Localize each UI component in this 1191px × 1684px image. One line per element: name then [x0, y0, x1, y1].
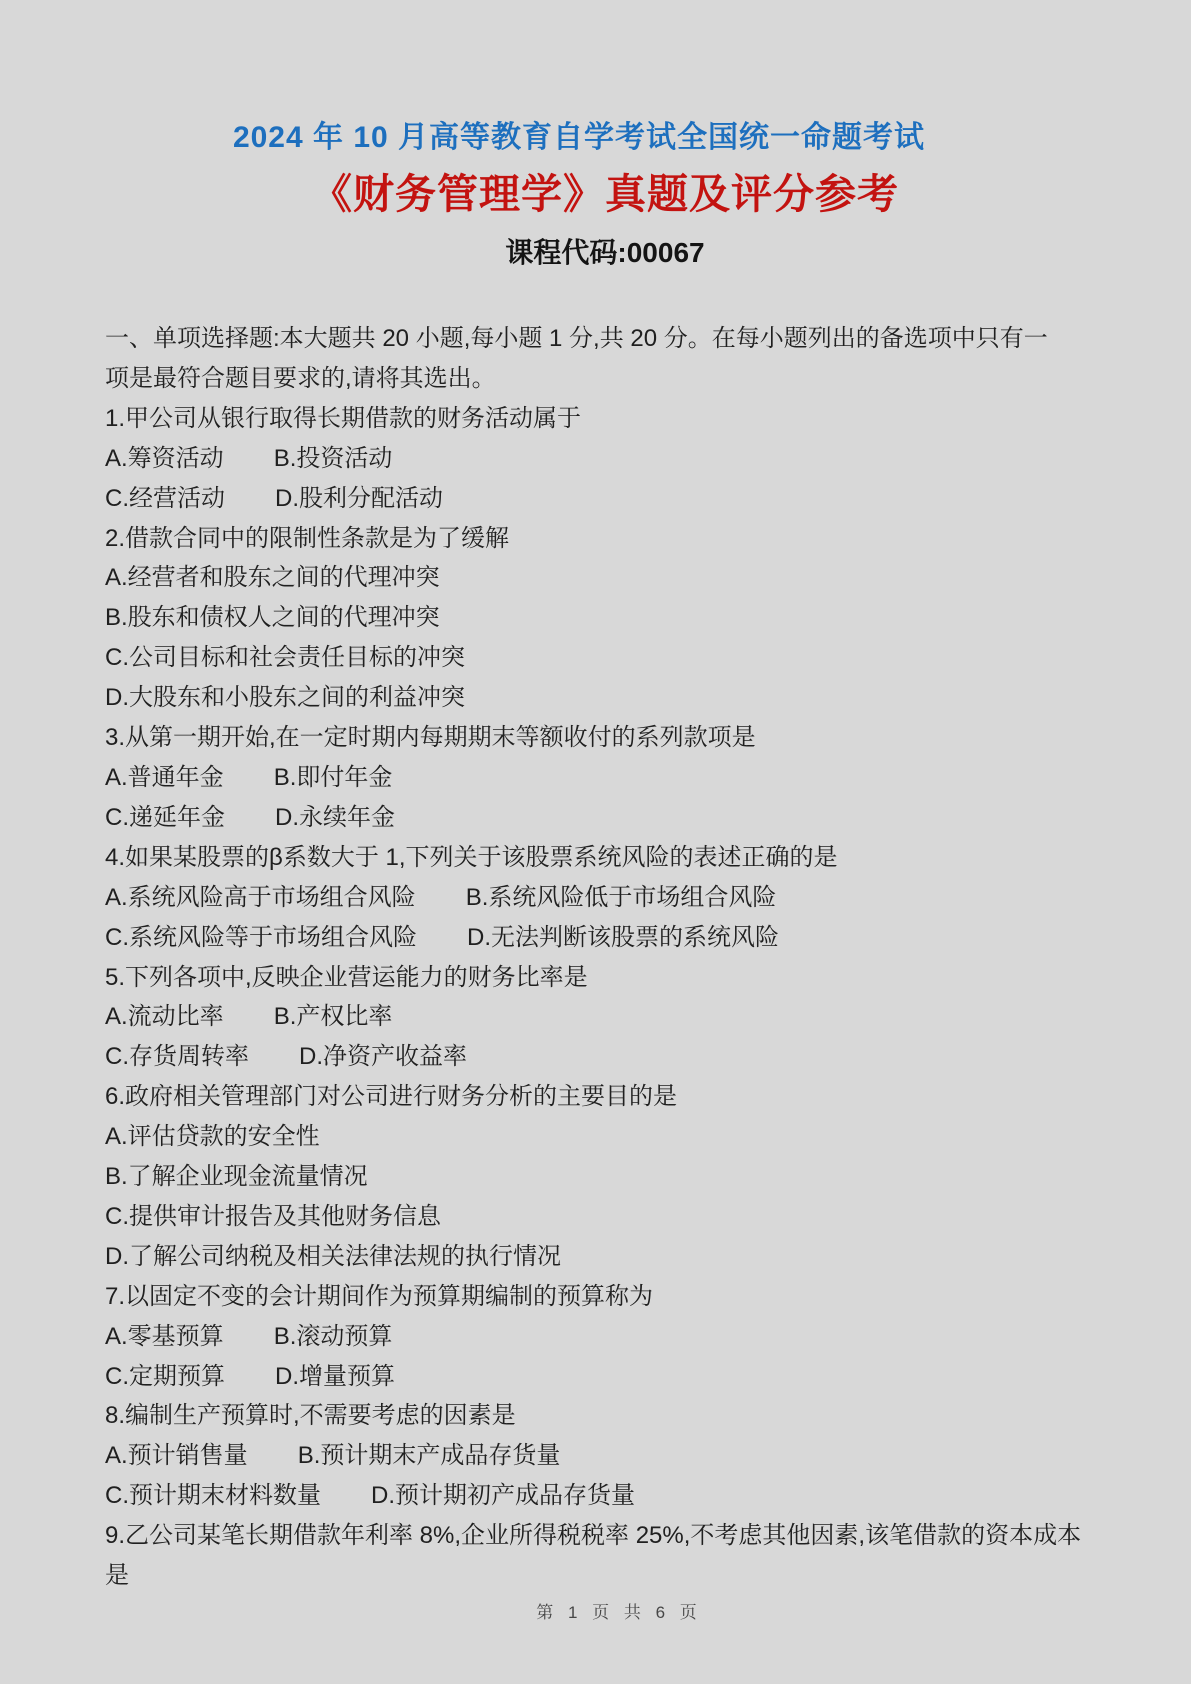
option-line: A.流动比率B.产权比率 [105, 997, 1105, 1037]
text-line: A.评估贷款的安全性 [105, 1117, 1105, 1157]
text-line: C.公司目标和社会责任目标的冲突 [105, 638, 1105, 678]
option-item: B.滚动预算 [274, 1323, 393, 1350]
text-line: 8.编制生产预算时,不需要考虑的因素是 [105, 1396, 1105, 1436]
line-text: D.大股东和小股东之间的利益冲突 [105, 684, 465, 711]
line-text: 一、单项选择题:本大题共 20 小题,每小题 1 分,共 20 分。在每小题列出… [105, 325, 1048, 352]
option-item: A.零基预算 [105, 1323, 224, 1350]
line-text: 8.编制生产预算时,不需要考虑的因素是 [105, 1402, 516, 1429]
line-text: 5.下列各项中,反映企业营运能力的财务比率是 [105, 964, 588, 991]
line-text: C.公司目标和社会责任目标的冲突 [105, 644, 465, 671]
option-line: C.经营活动D.股利分配活动 [105, 479, 1105, 519]
text-line: D.大股东和小股东之间的利益冲突 [105, 678, 1105, 718]
line-text: 9.乙公司某笔长期借款年利率 8%,企业所得税税率 25%,不考虑其他因素,该笔… [105, 1522, 1081, 1549]
option-item: D.无法判断该股票的系统风险 [467, 924, 779, 951]
option-line: A.预计销售量B.预计期末产成品存货量 [105, 1436, 1105, 1476]
option-item: D.净资产收益率 [299, 1043, 467, 1070]
text-line: B.股东和债权人之间的代理冲突 [105, 598, 1105, 638]
exam-document: 2024 年 10 月高等教育自学考试全国统一命题考试 《财务管理学》真题及评分… [105, 0, 1105, 1596]
text-line: 7.以固定不变的会计期间作为预算期编制的预算称为 [105, 1277, 1105, 1317]
text-line: 6.政府相关管理部门对公司进行财务分析的主要目的是 [105, 1077, 1105, 1117]
option-item: C.存货周转率 [105, 1043, 249, 1070]
option-item: A.流动比率 [105, 1003, 224, 1030]
line-text: C.提供审计报告及其他财务信息 [105, 1203, 441, 1230]
line-text: B.了解企业现金流量情况 [105, 1163, 368, 1190]
exam-page: { "document": { "background_color": "#d8… [0, 0, 1191, 1684]
line-text: B.股东和债权人之间的代理冲突 [105, 604, 440, 631]
document-lines: 一、单项选择题:本大题共 20 小题,每小题 1 分,共 20 分。在每小题列出… [105, 319, 1105, 1596]
option-line: A.筹资活动B.投资活动 [105, 439, 1105, 479]
option-line: C.预计期末材料数量D.预计期初产成品存货量 [105, 1476, 1105, 1516]
text-line: 9.乙公司某笔长期借款年利率 8%,企业所得税税率 25%,不考虑其他因素,该笔… [105, 1516, 1105, 1556]
option-item: C.预计期末材料数量 [105, 1482, 321, 1509]
page-indicator: 第 1 页 共 6 页 [536, 1603, 702, 1622]
line-text: D.了解公司纳税及相关法律法规的执行情况 [105, 1243, 561, 1270]
line-text: 1.甲公司从银行取得长期借款的财务活动属于 [105, 405, 581, 432]
text-line: 5.下列各项中,反映企业营运能力的财务比率是 [105, 958, 1105, 998]
option-line: A.零基预算B.滚动预算 [105, 1317, 1105, 1357]
course-code: 课程代码:00067 [105, 238, 1105, 268]
option-item: D.股利分配活动 [275, 485, 443, 512]
line-text: A.经营者和股东之间的代理冲突 [105, 564, 440, 591]
line-text: 是 [105, 1562, 129, 1589]
text-line: C.提供审计报告及其他财务信息 [105, 1197, 1105, 1237]
text-line: 3.从第一期开始,在一定时期内每期期末等额收付的系列款项是 [105, 718, 1105, 758]
option-line: C.系统风险等于市场组合风险D.无法判断该股票的系统风险 [105, 918, 1105, 958]
option-item: C.定期预算 [105, 1363, 225, 1390]
option-item: C.递延年金 [105, 804, 225, 831]
option-line: C.存货周转率D.净资产收益率 [105, 1037, 1105, 1077]
option-item: A.普通年金 [105, 764, 224, 791]
option-item: B.即付年金 [274, 764, 393, 791]
exam-session-title: 2024 年 10 月高等教育自学考试全国统一命题考试 [79, 122, 1079, 154]
option-item: B.预计期末产成品存货量 [298, 1442, 561, 1469]
line-text: 项是最符合题目要求的,请将其选出。 [105, 365, 496, 392]
option-item: D.永续年金 [275, 804, 395, 831]
option-line: A.系统风险高于市场组合风险B.系统风险低于市场组合风险 [105, 878, 1105, 918]
option-item: C.经营活动 [105, 485, 225, 512]
option-item: D.预计期初产成品存货量 [371, 1482, 635, 1509]
option-line: A.普通年金B.即付年金 [105, 758, 1105, 798]
text-line: 一、单项选择题:本大题共 20 小题,每小题 1 分,共 20 分。在每小题列出… [105, 319, 1105, 359]
option-line: C.递延年金D.永续年金 [105, 798, 1105, 838]
line-text: 2.借款合同中的限制性条款是为了缓解 [105, 525, 509, 552]
page-footer: 第 1 页 共 6 页 [105, 1598, 1105, 1623]
line-text: 7.以固定不变的会计期间作为预算期编制的预算称为 [105, 1283, 653, 1310]
line-text: 4.如果某股票的β系数大于 1,下列关于该股票系统风险的表述正确的是 [105, 844, 838, 871]
option-item: A.筹资活动 [105, 445, 224, 472]
text-line: 1.甲公司从银行取得长期借款的财务活动属于 [105, 399, 1105, 439]
option-line: C.定期预算D.增量预算 [105, 1357, 1105, 1397]
option-item: B.投资活动 [274, 445, 393, 472]
option-item: C.系统风险等于市场组合风险 [105, 924, 417, 951]
text-line: D.了解公司纳税及相关法律法规的执行情况 [105, 1237, 1105, 1277]
exam-paper-title: 《财务管理学》真题及评分参考 [105, 172, 1105, 216]
line-text: A.评估贷款的安全性 [105, 1123, 320, 1150]
line-text: 3.从第一期开始,在一定时期内每期期末等额收付的系列款项是 [105, 724, 756, 751]
option-item: A.预计销售量 [105, 1442, 248, 1469]
option-item: A.系统风险高于市场组合风险 [105, 884, 416, 911]
text-line: 4.如果某股票的β系数大于 1,下列关于该股票系统风险的表述正确的是 [105, 838, 1105, 878]
text-line: A.经营者和股东之间的代理冲突 [105, 558, 1105, 598]
text-line: 2.借款合同中的限制性条款是为了缓解 [105, 519, 1105, 559]
text-line: 项是最符合题目要求的,请将其选出。 [105, 359, 1105, 399]
line-text: 6.政府相关管理部门对公司进行财务分析的主要目的是 [105, 1083, 677, 1110]
text-line: 是 [105, 1556, 1105, 1596]
option-item: D.增量预算 [275, 1363, 395, 1390]
option-item: B.产权比率 [274, 1003, 393, 1030]
text-line: B.了解企业现金流量情况 [105, 1157, 1105, 1197]
option-item: B.系统风险低于市场组合风险 [466, 884, 777, 911]
